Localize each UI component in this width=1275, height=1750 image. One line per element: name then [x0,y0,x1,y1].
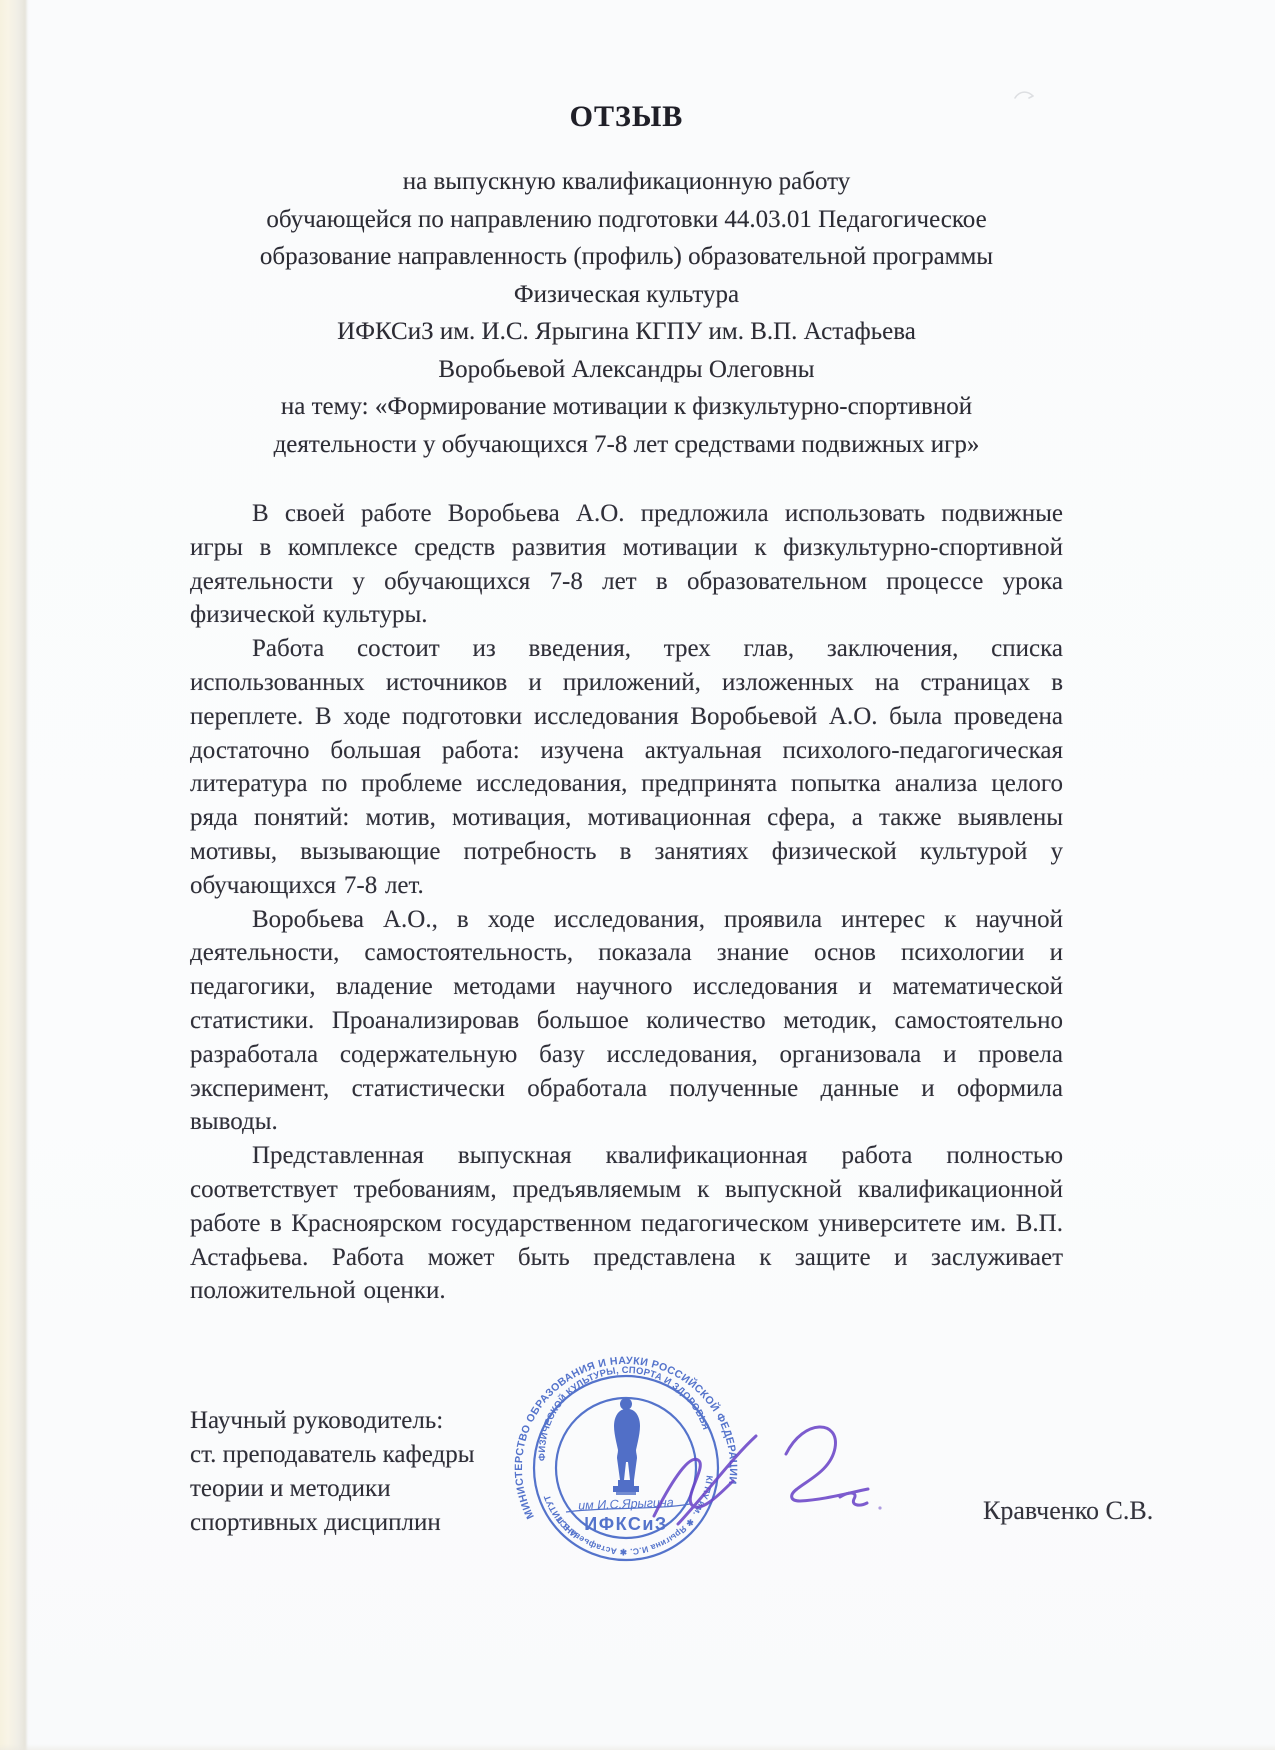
header-line: на выпускную квалификационную работу [150,163,1103,201]
header-line: ИФКСиЗ им. И.С. Ярыгина КГПУ им. В.П. Ас… [150,313,1103,351]
scanner-edge-bottom [0,1744,1275,1750]
body-paragraph: Работа состоит из введения, трех глав, з… [190,632,1063,902]
header-line: образование направленность (профиль) обр… [150,238,1103,276]
signature-name: Кравченко С.В. [983,1496,1153,1526]
header-line: обучающейся по направлению подготовки 44… [150,201,1103,239]
header-line: Физическая культура [150,276,1103,314]
page-title: ОТЗЫВ [190,100,1063,134]
header-line: деятельности у обучающихся 7-8 лет средс… [150,426,1103,464]
header-line: на тему: «Формирование мотивации к физку… [150,388,1103,426]
body-paragraph: Воробьева А.О., в ходе исследования, про… [190,903,1063,1140]
scanner-edge-strip [0,0,30,1750]
body-paragraph: Представленная выпускная квалификационна… [190,1139,1063,1308]
handwritten-signature [636,1396,896,1556]
body-paragraph: В своей работе Воробьева А.О. предложила… [190,497,1063,632]
document-body: В своей работе Воробьева А.О. предложила… [190,497,1063,1308]
header-line: Воробьевой Александры Олеговны [150,351,1103,389]
scanned-review-document: ОТЗЫВ на выпускную квалификационную рабо… [0,0,1275,1750]
document-header: на выпускную квалификационную работу обу… [150,163,1103,463]
